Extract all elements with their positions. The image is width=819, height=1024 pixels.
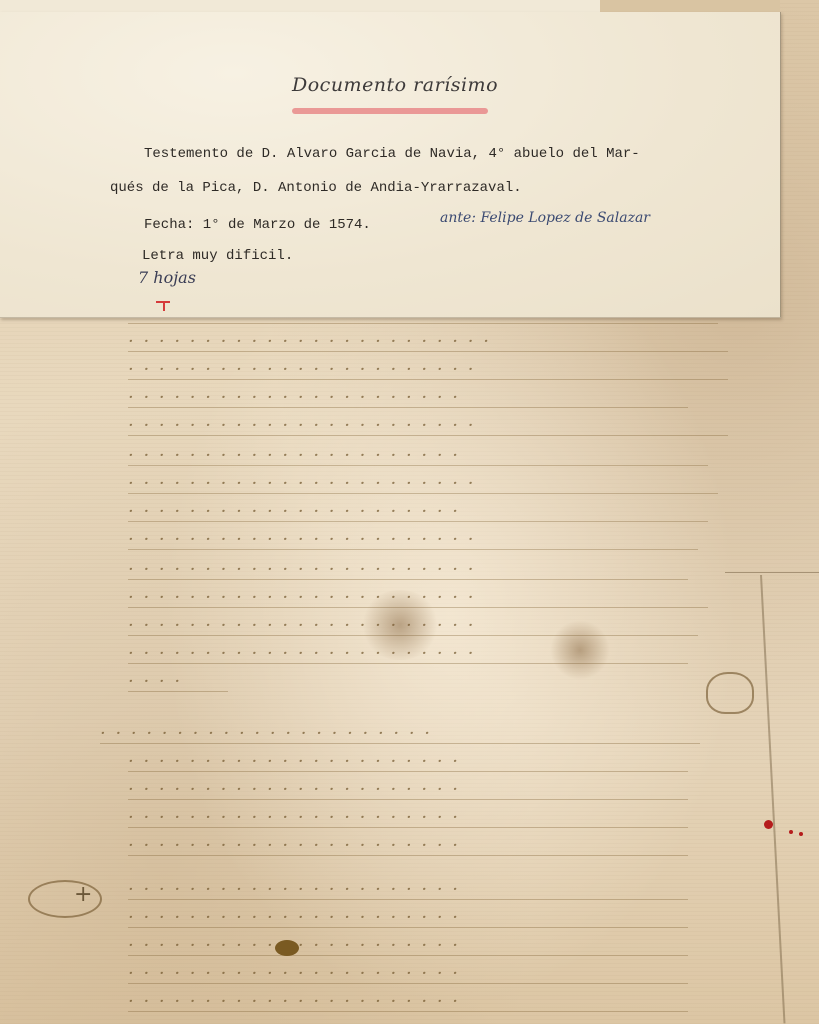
manuscript-line: · · · · · · · · · · · · · · · · · · · · … — [128, 501, 708, 522]
handwritten-title: Documento rarísimo — [292, 74, 498, 96]
manuscript-line: · · · · · · · · · · · · · · · · · · · · … — [128, 751, 688, 772]
label-card: Documento rarísimo Testemento de D. Alva… — [0, 12, 781, 318]
manuscript-line: · · · · · · · · · · · · · · · · · · · · … — [128, 779, 688, 800]
typed-line-1: Testemento de D. Alvaro Garcia de Navia,… — [144, 146, 640, 162]
water-stain — [550, 620, 610, 680]
water-stain — [360, 590, 440, 660]
manuscript-line: · · · · · · · · · · · · · · · · · · · · … — [128, 879, 688, 900]
handwritten-page-count: 7 hojas — [138, 268, 196, 287]
manuscript-line: · · · · · · · · · · · · · · · · · · · · … — [128, 935, 688, 956]
manuscript-text: · · · · · · · · · · · · · · · · · · · · … — [0, 295, 819, 1024]
manuscript-line: · · · · · · · · · · · · · · · · · · · · … — [128, 359, 728, 380]
flourish-knot-icon — [706, 672, 754, 714]
handwritten-notary-annotation: ante: Felipe Lopez de Salazar — [440, 210, 650, 226]
margin-cross-icon — [28, 880, 102, 918]
manuscript-line: · · · · · · · · · · · · · · · · · · · · … — [128, 559, 688, 580]
red-spot — [764, 820, 773, 829]
typed-line-2: qués de la Pica, D. Antonio de Andia-Yra… — [110, 180, 522, 196]
manuscript-line: · · · · · · · · · · · · · · · · · · · · … — [128, 907, 688, 928]
typed-date: Fecha: 1° de Marzo de 1574. — [144, 217, 371, 233]
ink-blot — [275, 940, 299, 956]
manuscript-line: · · · · · · · · · · · · · · · · · · · · … — [128, 387, 688, 408]
manuscript-line: · · · · · · · · · · · · · · · · · · · · … — [128, 529, 698, 550]
red-pencil-underline — [292, 108, 488, 114]
red-spot — [799, 832, 803, 836]
red-spot — [789, 830, 793, 834]
red-check-mark-icon — [156, 301, 170, 313]
manuscript-line: · · · · · · · · · · · · · · · · · · · · … — [128, 331, 728, 352]
manuscript-line: · · · · · · · · · · · · · · · · · · · · … — [128, 415, 728, 436]
paper-fold-line — [725, 572, 819, 573]
manuscript-line: · · · · · · · · · · · · · · · · · · · · … — [128, 807, 688, 828]
manuscript-line: · · · · · · · · · · · · · · · · · · · · … — [128, 991, 688, 1012]
manuscript-line: · · · · · · · · · · · · · · · · · · · · … — [128, 473, 718, 494]
typed-note: Letra muy dificil. — [142, 248, 293, 264]
manuscript-line: · · · · · · · · · · · · · · · · · · · · … — [128, 963, 688, 984]
manuscript-line: · · · · · · · · · · · · · · · · · · · · … — [128, 445, 708, 466]
manuscript-line: · · · · — [128, 671, 228, 692]
manuscript-line: · · · · · · · · · · · · · · · · · · · · … — [100, 723, 700, 744]
manuscript-line: · · · · · · · · · · · · · · · · · · · · … — [128, 835, 688, 856]
